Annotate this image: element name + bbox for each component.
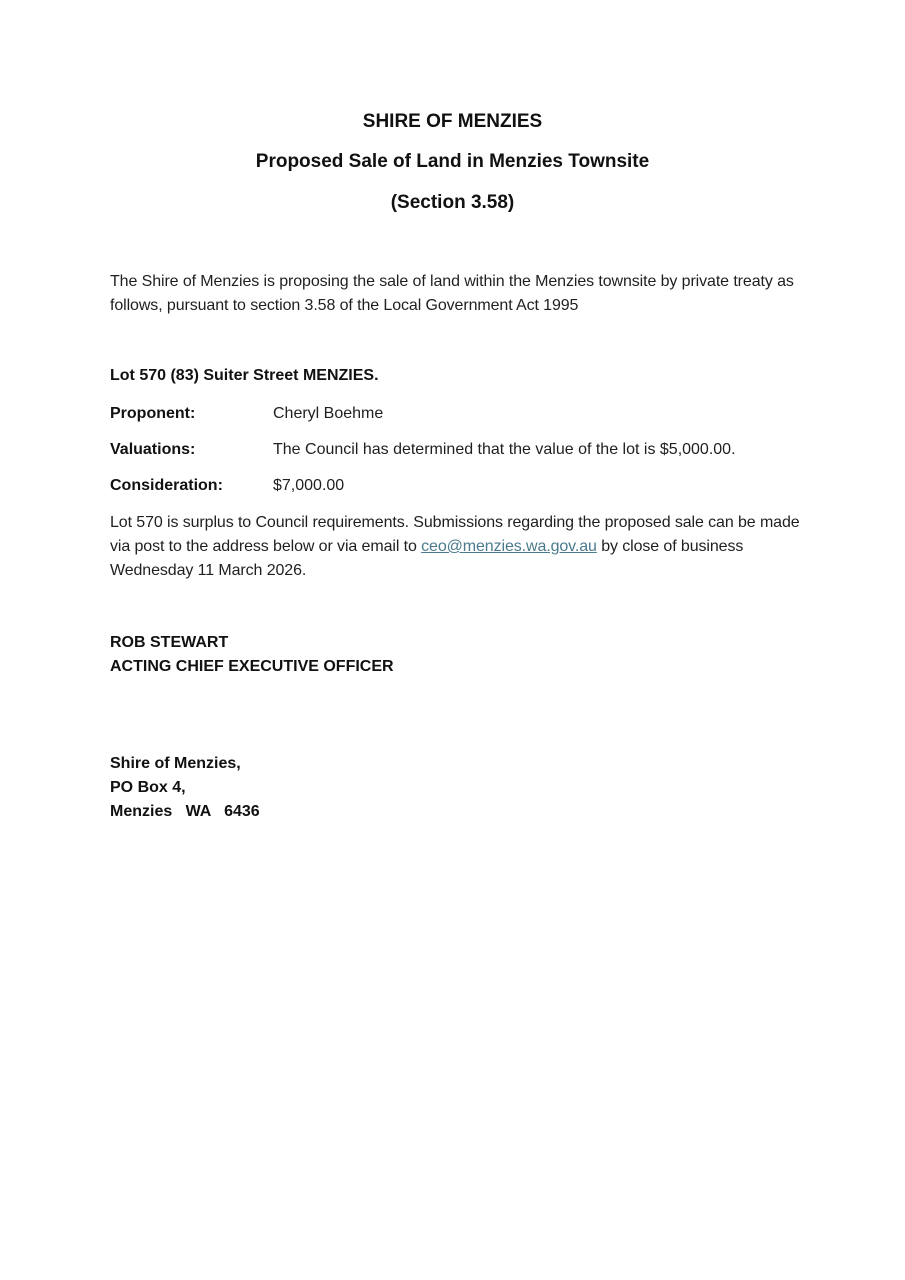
signature-block: ROB STEWART ACTING CHIEF EXECUTIVE OFFIC…	[110, 631, 394, 679]
detail-row-consideration: Consideration:$7,000.00	[110, 475, 344, 497]
signatory-role: ACTING CHIEF EXECUTIVE OFFICER	[110, 655, 394, 679]
intro-paragraph: The Shire of Menzies is proposing the sa…	[110, 270, 810, 318]
detail-label: Proponent:	[110, 403, 273, 425]
address-line: Menzies WA 6436	[110, 800, 260, 824]
email-link[interactable]: ceo@menzies.wa.gov.au	[421, 538, 597, 555]
address-line: Shire of Menzies,	[110, 752, 260, 776]
detail-value: The Council has determined that the valu…	[273, 439, 736, 461]
detail-label: Consideration:	[110, 475, 273, 497]
detail-value: $7,000.00	[273, 475, 344, 497]
organisation-heading: SHIRE OF MENZIES	[0, 111, 905, 133]
signatory-name: ROB STEWART	[110, 631, 394, 655]
section-reference: (Section 3.58)	[0, 192, 905, 214]
address-line: PO Box 4,	[110, 776, 260, 800]
postal-address: Shire of Menzies, PO Box 4, Menzies WA 6…	[110, 752, 260, 824]
submission-paragraph: Lot 570 is surplus to Council requiremen…	[110, 511, 810, 583]
detail-value: Cheryl Boehme	[273, 403, 383, 425]
detail-row-valuations: Valuations:The Council has determined th…	[110, 439, 736, 461]
lot-title: Lot 570 (83) Suiter Street MENZIES.	[110, 367, 379, 385]
document-page: SHIRE OF MENZIES Proposed Sale of Land i…	[0, 0, 905, 1280]
detail-label: Valuations:	[110, 439, 273, 461]
notice-title: Proposed Sale of Land in Menzies Townsit…	[0, 151, 905, 173]
detail-row-proponent: Proponent:Cheryl Boehme	[110, 403, 383, 425]
